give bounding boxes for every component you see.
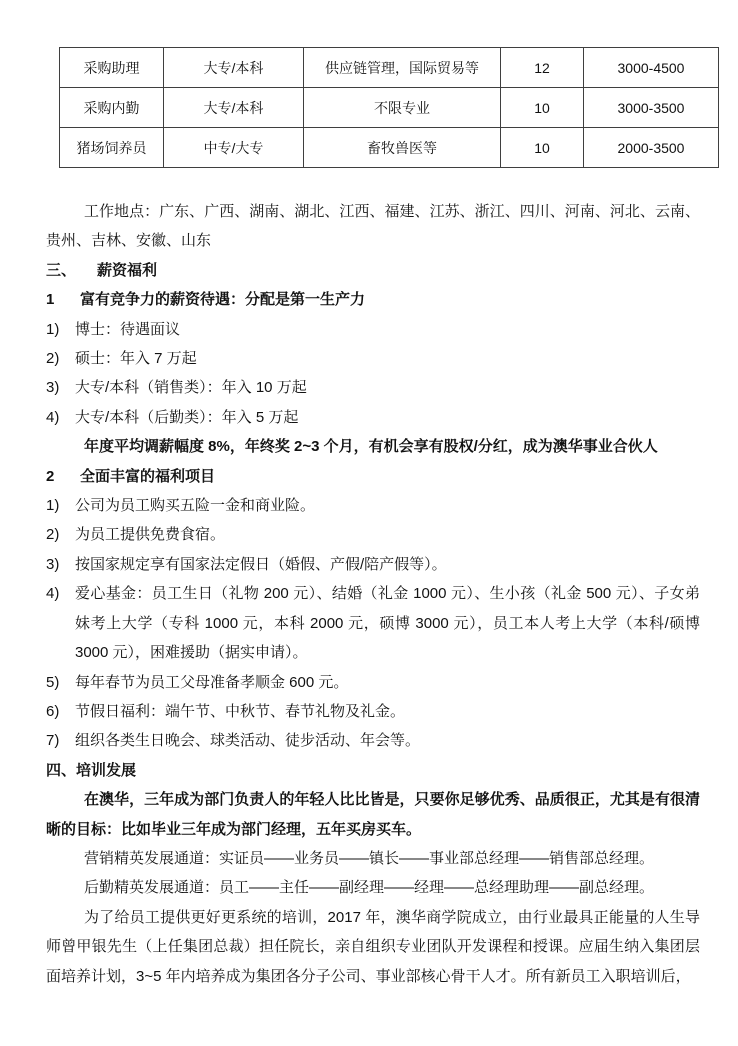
list-item-number: 1) [46,315,75,344]
document-body: 工作地点：广东、广西、湖南、湖北、江西、福建、江苏、浙江、四川、河南、河北、云南… [46,197,700,991]
work-locations-paragraph: 工作地点：广东、广西、湖南、湖北、江西、福建、江苏、浙江、四川、河南、河北、云南… [46,197,700,256]
table-row: 采购助理 大专/本科 供应链管理，国际贸易等 12 3000-4500 [60,48,719,88]
list-item-number: 5) [46,668,75,697]
list-item-number: 3) [46,550,75,579]
headcount-cell: 10 [501,128,584,168]
table-row: 猪场饲养员 中专/大专 畜牧兽医等 10 2000-3500 [60,128,719,168]
list-item-text: 博士：待遇面议 [75,315,700,344]
subsection-title: 富有竞争力的薪资待遇：分配是第一生产力 [80,285,700,314]
list-item-number: 3) [46,373,75,402]
list-item-number: 2) [46,344,75,373]
list-item-salary-tier: 1) 博士：待遇面议 [46,315,700,344]
list-item-number: 4) [46,579,75,667]
major-cell: 供应链管理，国际贸易等 [304,48,501,88]
section-number: 三、 [46,256,97,285]
salary-highlight-line: 年度平均调薪幅度 8%，年终奖 2~3 个月，有机会享有股权/分红，成为澳华事业… [46,432,700,461]
jobs-table: 采购助理 大专/本科 供应链管理，国际贸易等 12 3000-4500 采购内勤… [59,47,719,168]
document-page: 采购助理 大专/本科 供应链管理，国际贸易等 12 3000-4500 采购内勤… [0,0,738,1046]
list-item-welfare: 3) 按国家规定享有国家法定假日（婚假、产假/陪产假等）。 [46,550,700,579]
position-cell: 采购内勤 [60,88,164,128]
list-item-text: 公司为员工购买五险一金和商业险。 [75,491,700,520]
list-item-text: 大专/本科（销售类）：年入 10 万起 [75,373,700,402]
list-item-text: 为员工提供免费食宿。 [75,520,700,549]
position-cell: 猪场饲养员 [60,128,164,168]
list-item-text: 大专/本科（后勤类）：年入 5 万起 [75,403,700,432]
salary-cell: 3000-3500 [584,88,719,128]
list-item-text: 组织各类生日晚会、球类活动、徒步活动、年会等。 [75,726,700,755]
list-item-number: 4) [46,403,75,432]
position-cell: 采购助理 [60,48,164,88]
list-item-text: 硕士：年入 7 万起 [75,344,700,373]
major-cell: 畜牧兽医等 [304,128,501,168]
section-heading-training-development: 四、培训发展 [46,756,700,785]
list-item-welfare: 6) 节假日福利：端午节、中秋节、春节礼物及礼金。 [46,697,700,726]
list-item-salary-tier: 2) 硕士：年入 7 万起 [46,344,700,373]
list-item-text: 每年春节为员工父母准备孝顺金 600 元。 [75,668,700,697]
salary-cell: 3000-4500 [584,48,719,88]
education-cell: 中专/大专 [164,128,304,168]
headcount-cell: 12 [501,48,584,88]
list-item-number: 2) [46,520,75,549]
list-item-welfare: 7) 组织各类生日晚会、球类活动、徒步活动、年会等。 [46,726,700,755]
table-row: 采购内勤 大专/本科 不限专业 10 3000-3500 [60,88,719,128]
list-item-number: 1) [46,491,75,520]
business-academy-paragraph: 为了给员工提供更好更系统的培训，2017 年，澳华商学院成立，由行业最具正能量的… [46,903,700,991]
list-item-salary-tier: 3) 大专/本科（销售类）：年入 10 万起 [46,373,700,402]
education-cell: 大专/本科 [164,48,304,88]
subsection-number: 1 [46,285,80,314]
subsection-heading-welfare: 2 全面丰富的福利项目 [46,462,700,491]
list-item-text: 爱心基金：员工生日（礼物 200 元）、结婚（礼金 1000 元）、生小孩（礼金… [75,579,700,667]
education-cell: 大专/本科 [164,88,304,128]
subsection-number: 2 [46,462,80,491]
list-item-number: 7) [46,726,75,755]
list-item-text: 按国家规定享有国家法定假日（婚假、产假/陪产假等）。 [75,550,700,579]
section-heading-salary-benefits: 三、 薪资福利 [46,256,700,285]
list-item-welfare: 1) 公司为员工购买五险一金和商业险。 [46,491,700,520]
list-item-salary-tier: 4) 大专/本科（后勤类）：年入 5 万起 [46,403,700,432]
logistics-career-path: 后勤精英发展通道：员工——主任——副经理——经理——总经理助理——副总经理。 [46,873,700,902]
list-item-text: 节假日福利：端午节、中秋节、春节礼物及礼金。 [75,697,700,726]
training-intro-paragraph: 在澳华，三年成为部门负责人的年轻人比比皆是，只要你足够优秀、品质很正，尤其是有很… [46,785,700,844]
list-item-welfare: 5) 每年春节为员工父母准备孝顺金 600 元。 [46,668,700,697]
salary-cell: 2000-3500 [584,128,719,168]
list-item-welfare: 2) 为员工提供免费食宿。 [46,520,700,549]
marketing-career-path: 营销精英发展通道：实证员——业务员——镇长——事业部总经理——销售部总经理。 [46,844,700,873]
section-title: 薪资福利 [97,256,700,285]
list-item-welfare: 4) 爱心基金：员工生日（礼物 200 元）、结婚（礼金 1000 元）、生小孩… [46,579,700,667]
subsection-title: 全面丰富的福利项目 [80,462,700,491]
headcount-cell: 10 [501,88,584,128]
major-cell: 不限专业 [304,88,501,128]
subsection-heading-competitive-salary: 1 富有竞争力的薪资待遇：分配是第一生产力 [46,285,700,314]
list-item-number: 6) [46,697,75,726]
